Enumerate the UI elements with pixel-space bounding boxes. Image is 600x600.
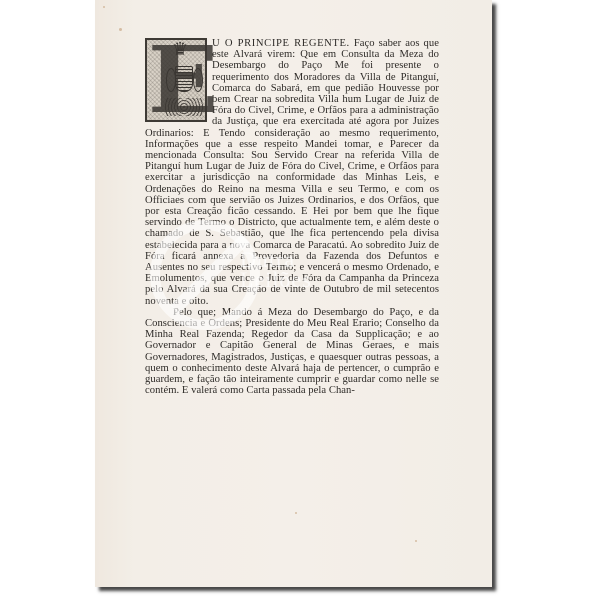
paragraph-2: Pelo que; Mando á Meza do Desembargo do … — [145, 307, 439, 397]
foxing-spot — [119, 28, 122, 31]
flourish-ornament — [165, 98, 203, 116]
lead-caps: U O PRINCIPE REGENTE. — [212, 38, 350, 49]
wing-ornament — [193, 68, 203, 92]
foxing-spot — [103, 6, 105, 8]
shield-icon — [175, 66, 193, 92]
decorated-initial: E ♛ — [145, 38, 207, 122]
document-text: E ♛ U O PRINCIPE REGENTE. Faço saber aos… — [145, 38, 439, 397]
crown-icon: ♛ — [172, 44, 188, 55]
foxing-spot — [295, 512, 297, 514]
foxing-spot — [415, 540, 417, 542]
document-page: E ♛ U O PRINCIPE REGENTE. Faço saber aos… — [95, 0, 492, 587]
